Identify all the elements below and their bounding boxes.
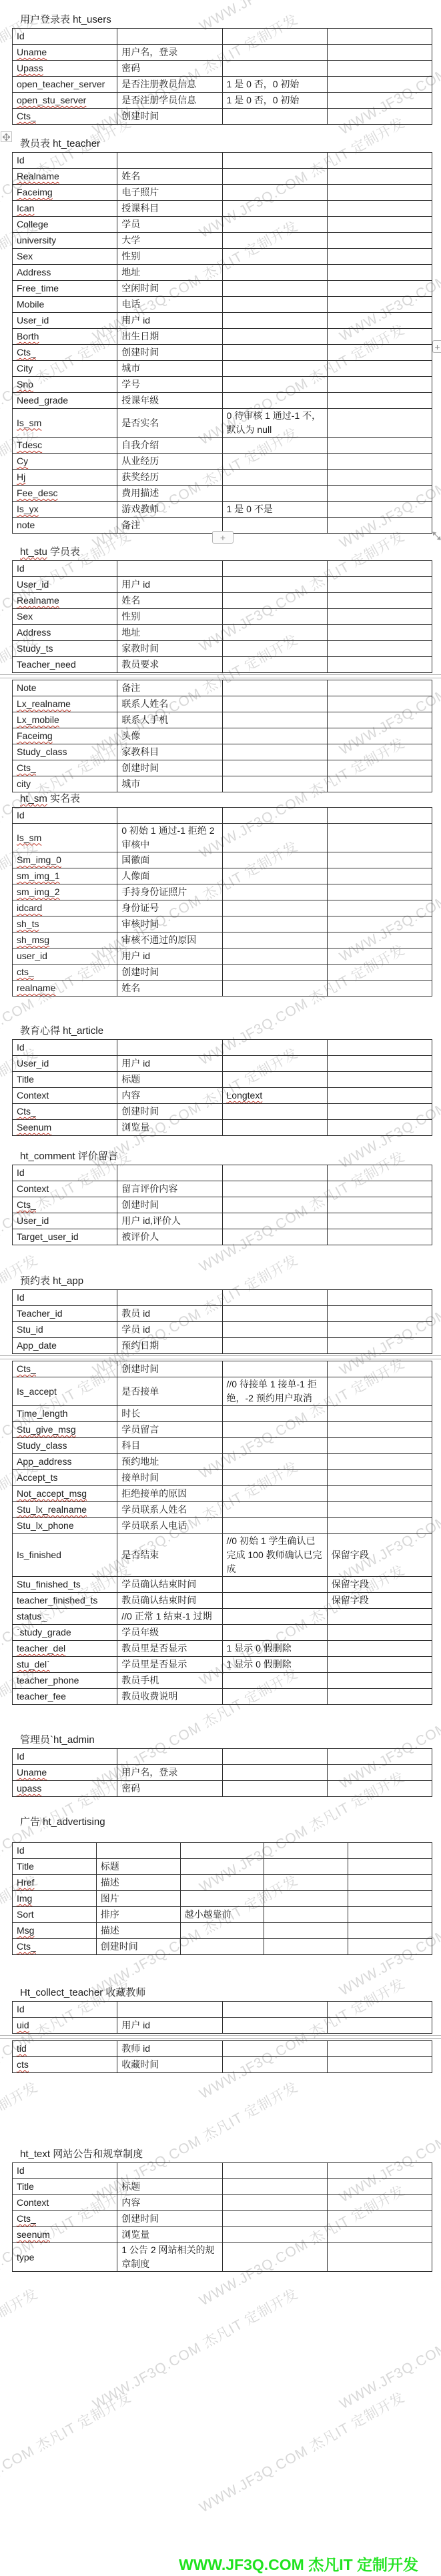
table-row: Need_grade授课年级: [13, 393, 432, 409]
table-cell: Id: [13, 561, 117, 577]
table-cell: 1 显示 0 假删除: [222, 1641, 327, 1657]
table-cell: [327, 217, 432, 233]
table-cell: 城市: [117, 361, 222, 377]
table-cell: [264, 1923, 348, 1939]
cell-text: 预约日期: [121, 1340, 159, 1351]
cell-text: Realname: [17, 171, 59, 181]
table-cell: 地址: [117, 265, 222, 281]
table-row: Teacher_id教员 id: [13, 1306, 432, 1322]
cell-text: sm_img_1: [17, 870, 60, 881]
table-cell: 游戏教师: [117, 502, 222, 518]
table-row: Address地址: [13, 625, 432, 641]
table-resize-handle[interactable]: [432, 532, 441, 544]
table-cell: 身份证号: [117, 900, 222, 916]
table-cell: [222, 281, 327, 297]
table-cell: [222, 265, 327, 281]
table-cell: [117, 1749, 222, 1765]
table-cell: User_id: [13, 313, 117, 329]
table-cell: [327, 964, 432, 981]
table-cell: Seenum: [13, 1120, 117, 1136]
table-cell: [327, 265, 432, 281]
table-cell: Tdesc: [13, 438, 117, 454]
table-row: status_//0 正常 1 结束-1 过期: [13, 1609, 432, 1625]
cell-text: Is_finished: [17, 1549, 61, 1560]
table-cell: open_teacher_server: [13, 77, 117, 93]
table-cell: [222, 345, 327, 361]
table-cell: 用户 id: [117, 1056, 222, 1072]
table-row: Cy从业经历: [13, 454, 432, 470]
cell-text: Id: [17, 1042, 25, 1053]
table-cell: 1 公告 2 网站相关的规章制度: [117, 2243, 222, 2272]
table-cell: Study_class: [13, 744, 117, 760]
cell-text: 学员里是否显示: [121, 1659, 187, 1670]
table-cell: Sex: [13, 249, 117, 265]
table-cell: [222, 776, 327, 792]
table-cell: [327, 169, 432, 185]
table-cell: [327, 2163, 432, 2179]
cell-text: Address: [17, 267, 51, 277]
table-row: Study_ts家教时间: [13, 641, 432, 657]
table-cell: [327, 868, 432, 884]
table-cell: Cts_: [13, 760, 117, 776]
table-cell: Href: [13, 1875, 97, 1891]
table-cell: [348, 1875, 432, 1891]
table-row: Cts_创建时间: [13, 109, 432, 125]
table-row: Id: [13, 561, 432, 577]
table-row: Not_accept_msg拒绝接单的原因: [13, 1486, 432, 1502]
table-cell: 预约地址: [117, 1454, 222, 1470]
table-cell: Is_finished: [13, 1534, 117, 1577]
table-cell: Title: [13, 1859, 97, 1875]
cell-text: Not_accept_msg: [17, 1488, 87, 1499]
table-cell: [222, 712, 327, 728]
cell-text: 手持身份证照片: [121, 886, 187, 897]
table-cell: [327, 760, 432, 776]
table-cell: 教师 id: [117, 2041, 222, 2057]
table-cell: [327, 1165, 432, 1181]
table-ht_stu: IdUser_id用户 idRealname姓名Sex性别Address地址St…: [12, 560, 432, 673]
table-cell: [222, 201, 327, 217]
table-cell: [327, 1422, 432, 1438]
cell-text: 标题: [101, 1861, 119, 1872]
table-cell: [327, 1625, 432, 1641]
table-cell: [327, 1486, 432, 1502]
cell-text: Teacher_id: [17, 1308, 63, 1319]
table-cell: [222, 313, 327, 329]
table-title-ht_teacher: 教员表 ht_teacher: [20, 137, 432, 150]
cell-text: 创建时间: [121, 111, 159, 121]
page-break-line: [0, 1354, 441, 1361]
cell-text: 拒绝接单的原因: [121, 1488, 187, 1499]
table-cell: [327, 377, 432, 393]
table-ht_app: Cts_创建时间Is_accept是否接单//0 待接单 1 接单-1 拒绝，-…: [12, 1361, 432, 1705]
cell-text: 家教科目: [121, 746, 159, 757]
cell-text: 学员年级: [121, 1627, 159, 1638]
table-cell: [222, 1290, 327, 1306]
table-row: College学员: [13, 217, 432, 233]
table-cell: note: [13, 518, 117, 534]
table-cell: [327, 1406, 432, 1422]
table-cell: [117, 29, 222, 45]
table-cell: [327, 1088, 432, 1104]
table-cell: 教员收费说明: [117, 1689, 222, 1705]
table-row: App_address预约地址: [13, 1454, 432, 1470]
table-cell: [264, 1891, 348, 1907]
table-cell: Uname: [13, 1765, 117, 1781]
table-cell: `study_grade: [13, 1625, 117, 1641]
table-cell: [222, 2227, 327, 2243]
cell-text: 教员里是否显示: [121, 1643, 187, 1654]
title-text: 实名表: [47, 793, 80, 804]
table-cell: [222, 1577, 327, 1593]
table-cell: [222, 518, 327, 534]
cell-text: 描述: [101, 1925, 119, 1936]
table-row: Lx_realname联系人姓名: [13, 696, 432, 712]
table-row: idcard身份证号: [13, 900, 432, 916]
table-cell: [327, 680, 432, 696]
table-row: Id: [13, 2002, 432, 2018]
table-cell: [327, 657, 432, 673]
table-row: stu_del`学员里是否显示1 显示 0 假删除: [13, 1657, 432, 1673]
table-row: Title标题: [13, 2179, 432, 2195]
cell-text: 自我介绍: [121, 440, 159, 450]
table-cell: [327, 1056, 432, 1072]
cell-text: Id: [17, 1845, 25, 1856]
table-cell: [327, 2041, 432, 2057]
section-ht_collect_teacher: Ht_collect_teacher 收藏教师Iduid用户 idtid教师 i…: [12, 1986, 432, 2073]
table-cell: Context: [13, 1088, 117, 1104]
cell-text: sh_ts: [17, 918, 39, 929]
table-row: Cts_创建时间: [13, 1361, 432, 1377]
table-cell: [222, 824, 327, 852]
table-cell: [327, 281, 432, 297]
cell-text: Lx_realname: [17, 698, 71, 709]
table-row: Id: [13, 1165, 432, 1181]
page-break-line: [0, 673, 441, 680]
table-cell: [180, 1859, 264, 1875]
table-cell: [222, 1625, 327, 1641]
table-cell: [264, 1859, 348, 1875]
title-text: 学员表: [47, 546, 80, 558]
table-cell: 学员 id: [117, 1322, 222, 1338]
table-cell: [222, 884, 327, 900]
table-cell: 是否结束: [117, 1534, 222, 1577]
table-cell: [222, 657, 327, 673]
cell-text: Stu_lx_phone: [17, 1520, 74, 1531]
table-cell: [327, 577, 432, 593]
cell-text: Seenum: [17, 1122, 51, 1133]
table-move-handle[interactable]: [1, 131, 12, 142]
table-cell: [222, 1306, 327, 1322]
table-cell: [222, 1593, 327, 1609]
table-row: Cts_创建时间: [13, 2211, 432, 2227]
table-cell: 图片: [96, 1891, 180, 1907]
cell-text: Lx_mobile: [17, 714, 59, 725]
cell-text: open_stu_server: [17, 95, 86, 105]
table-cell: city: [13, 776, 117, 792]
cell-text: Title: [17, 2181, 34, 2192]
cell-text: Cts_: [17, 2213, 36, 2224]
table-cell: [222, 808, 327, 824]
table-cell: [222, 1040, 327, 1056]
resize-diagonal-icon: [432, 532, 441, 540]
cell-text: Title: [17, 1861, 34, 1872]
table-cell: 创建时间: [117, 2211, 222, 2227]
table-cell: Lx_mobile: [13, 712, 117, 728]
section-ht_app: 预约表 ht_appIdTeacher_id教员 idStu_id学员 idAp…: [12, 1275, 432, 1705]
page-break-line: [0, 2034, 441, 2040]
title-text: ht_stu: [20, 546, 47, 558]
cell-text: 备注: [121, 520, 140, 530]
table-cell: Cts_: [13, 1197, 117, 1213]
cell-text: teacher_phone: [17, 1675, 79, 1686]
table-cell: [327, 981, 432, 997]
table-cell: Cts_: [13, 345, 117, 361]
table-row: Img图片: [13, 1891, 432, 1907]
table-cell: [222, 561, 327, 577]
cell-text: seenum: [17, 2229, 50, 2240]
table-cell: [222, 45, 327, 61]
cell-text: 密码: [121, 1783, 140, 1794]
cell-text: Cts_: [17, 1106, 36, 1117]
table-row: uid用户 id: [13, 2018, 432, 2034]
table-cell: cts_: [13, 964, 117, 981]
table-cell: 保留字段: [327, 1593, 432, 1609]
table-row: Borth出生日期: [13, 329, 432, 345]
table-cell: [222, 1438, 327, 1454]
cell-text: Hj: [17, 472, 25, 482]
section-ht_admin: 管理员`ht_adminIdUname用户名，登录upass密码: [12, 1734, 432, 1797]
cell-text: university: [17, 235, 56, 245]
table-cell: [222, 680, 327, 696]
table-cell: User_id: [13, 1213, 117, 1229]
cell-text: User_id: [17, 315, 49, 326]
cell-text: User_id: [17, 1058, 49, 1069]
table-cell: 性别: [117, 609, 222, 625]
table-cell: [222, 233, 327, 249]
table-cell: 姓名: [117, 593, 222, 609]
table-cell: 密码: [117, 1781, 222, 1797]
cell-text: 1 显示 0 假删除: [227, 1643, 292, 1654]
table-cell: [327, 916, 432, 932]
table-cell: Id: [13, 808, 117, 824]
table-cell: [327, 1641, 432, 1657]
table-cell: 姓名: [117, 981, 222, 997]
cell-text: 人像面: [121, 870, 149, 881]
section-ht_comment: ht_comment 评价留言IdContext留言评价内容Cts_创建时间Us…: [12, 1150, 432, 1245]
table-row: Title标题: [13, 1072, 432, 1088]
cell-text: Realname: [17, 595, 59, 606]
table-row: Id: [13, 1843, 432, 1859]
cell-text: realname: [17, 983, 55, 993]
table-cell: [327, 609, 432, 625]
table-cell: Cts_: [13, 1361, 117, 1377]
table-cell: [180, 1923, 264, 1939]
cell-text: 图片: [101, 1893, 119, 1904]
table-row: Sm_img_0国徽面: [13, 852, 432, 868]
cell-text: Id: [17, 563, 25, 574]
cell-text: city: [17, 778, 31, 789]
table-row: open_teacher_server是否注册教员信息1 是 0 否，0 初始: [13, 77, 432, 93]
cell-text: 被评价人: [121, 1231, 159, 1242]
table-cell: 时长: [117, 1406, 222, 1422]
table-row: User_id用户 id: [13, 577, 432, 593]
cell-text: App_address: [17, 1456, 72, 1467]
table-cell: teacher_del: [13, 1641, 117, 1657]
table-row: Sno学号: [13, 377, 432, 393]
table-cell: 获奖经历: [117, 470, 222, 486]
table-cell: [348, 1859, 432, 1875]
plus-icon: +: [220, 533, 226, 542]
cell-text: stu_del`: [17, 1659, 50, 1670]
table-cell: [117, 1040, 222, 1056]
cell-text: 城市: [121, 778, 140, 789]
table-cell: [222, 1689, 327, 1705]
table-cell: [222, 744, 327, 760]
table-row: Href描述: [13, 1875, 432, 1891]
table-cell: [327, 1781, 432, 1797]
table-cell: [327, 1765, 432, 1781]
table-cell: [222, 2179, 327, 2195]
table-cell: [327, 454, 432, 470]
table-cell: [222, 486, 327, 502]
table-cell: 联系人手机: [117, 712, 222, 728]
cell-text: Sex: [17, 251, 33, 261]
table-cell: [222, 1518, 327, 1534]
table-cell: [222, 1338, 327, 1354]
table-cell: Longtext: [222, 1088, 327, 1104]
table-cell: [222, 728, 327, 744]
cell-text: upass: [17, 1783, 41, 1794]
table-cell: Hj: [13, 470, 117, 486]
table-cell: [222, 1454, 327, 1470]
table-cell: [222, 1361, 327, 1377]
cell-text: Fee_desc: [17, 488, 57, 498]
table-cell: 内容: [117, 2195, 222, 2211]
cell-text: 审核时间: [121, 918, 159, 929]
cell-text: Context: [17, 1183, 49, 1194]
table-row: type1 公告 2 网站相关的规章制度: [13, 2243, 432, 2272]
table-cell: [222, 948, 327, 964]
cell-text: 大学: [121, 235, 140, 245]
table-title-ht_sm: ht_sm 实名表: [20, 792, 432, 805]
cell-text: 教员确认结束时间: [121, 1595, 196, 1605]
table-cell: Is_yx: [13, 502, 117, 518]
cell-text: 学员: [121, 219, 140, 229]
table-cell: [222, 577, 327, 593]
cell-text: Context: [17, 2197, 49, 2208]
table-cell: Id: [13, 2163, 117, 2179]
insert-row-button[interactable]: +: [212, 531, 234, 544]
table-cell: teacher_finished_ts: [13, 1593, 117, 1609]
table-cell: stu_del`: [13, 1657, 117, 1673]
title-text: 预约表 ht_app: [20, 1275, 83, 1287]
table-cell: 备注: [117, 518, 222, 534]
table-cell: idcard: [13, 900, 117, 916]
table-row: Stu_give_msg学员留言: [13, 1422, 432, 1438]
table-cell: [96, 1843, 180, 1859]
table-cell: Stu_lx_realname: [13, 1502, 117, 1518]
title-text: ht_text 网站公告和规章制度: [20, 2148, 143, 2160]
cell-text: Is_yx: [17, 504, 39, 514]
table-cell: Fee_desc: [13, 486, 117, 502]
table-cell: [117, 808, 222, 824]
cell-text: 留言评价内容: [121, 1183, 177, 1194]
table-cell: Address: [13, 625, 117, 641]
table-ht_collect_teacher: tid教师 idcts收藏时间: [12, 2040, 432, 2073]
table-row: Faceimg头像: [13, 728, 432, 744]
table-cell: App_date: [13, 1338, 117, 1354]
table-cell: Id: [13, 153, 117, 169]
section-ht_stu: ht_stu 学员表IdUser_id用户 idRealname姓名Sex性别A…: [12, 546, 432, 792]
table-cell: [327, 1470, 432, 1486]
cell-text: Id: [17, 31, 25, 41]
table-cell: 电话: [117, 297, 222, 313]
insert-column-button[interactable]: +: [432, 340, 441, 353]
table-cell: sh_msg: [13, 932, 117, 948]
cell-text: 姓名: [121, 595, 140, 606]
table-cell: User_id: [13, 577, 117, 593]
cell-text: Uname: [17, 47, 47, 57]
table-row: Msg描述: [13, 1923, 432, 1939]
table-cell: Cts_: [13, 1939, 97, 1955]
table-row: Cts_创建时间: [13, 1939, 432, 1955]
table-cell: 用户 id: [117, 577, 222, 593]
table-cell: [327, 2179, 432, 2195]
cell-text: 用户 id: [121, 950, 150, 961]
table-cell: [222, 1056, 327, 1072]
cell-text: Sort: [17, 1909, 34, 1920]
table-cell: [222, 1406, 327, 1422]
table-cell: Id: [13, 29, 117, 45]
cell-text: 备注: [121, 682, 140, 693]
cell-text: //0 初始 1 学生确认已完成 100 教师确认已完成: [227, 1535, 322, 1574]
table-cell: [327, 2002, 432, 2018]
table-cell: 用户 id: [117, 948, 222, 964]
table-cell: Faceimg: [13, 728, 117, 744]
table-cell: [327, 2211, 432, 2227]
table-row: User_id用户 id: [13, 313, 432, 329]
cell-text: 教员要求: [121, 659, 159, 670]
table-cell: App_address: [13, 1454, 117, 1470]
table-cell: Mobile: [13, 297, 117, 313]
table-cell: User_id: [13, 1056, 117, 1072]
cell-text: Id: [17, 2004, 25, 2014]
table-cell: open_stu_server: [13, 93, 117, 109]
table-cell: [264, 1939, 348, 1955]
cell-text: 是否实名: [121, 418, 159, 428]
table-cell: 教员 id: [117, 1306, 222, 1322]
cell-text: 用户 id: [121, 1058, 150, 1069]
table-cell: tid: [13, 2041, 117, 2057]
table-row: Stu_lx_phone学员联系人电话: [13, 1518, 432, 1534]
table-row: Context留言评价内容: [13, 1181, 432, 1197]
table-ht_text: IdTitle标题Context内容Cts_创建时间seenum浏览量type1…: [12, 2162, 432, 2272]
table-cell: [348, 1907, 432, 1923]
section-ht_teacher: 教员表 ht_teacherIdRealname姓名Faceimg电子照片Ica…: [12, 137, 432, 534]
table-cell: [222, 169, 327, 185]
table-cell: [117, 153, 222, 169]
table-cell: [327, 776, 432, 792]
table-cell: 0 初始 1 通过-1 拒绝 2 审核中: [117, 824, 222, 852]
table-cell: 是否接单: [117, 1377, 222, 1406]
cell-text: Faceimg: [17, 187, 53, 197]
table-cell: [327, 329, 432, 345]
plus-icon: +: [434, 342, 440, 352]
table-row: seenum浏览量: [13, 2227, 432, 2243]
cell-text: open_teacher_server: [17, 79, 105, 89]
table-cell: [222, 2195, 327, 2211]
